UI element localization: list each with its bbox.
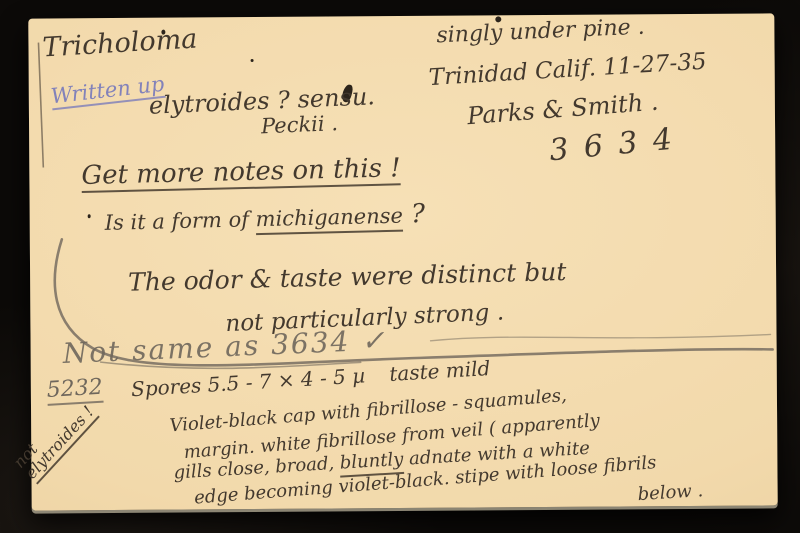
form-question-text: Is it a form of	[104, 207, 255, 235]
crossed-out-note: Not same as 3634 ✓	[62, 326, 387, 368]
ink-speck	[251, 59, 254, 62]
form-question-species: michiganense	[255, 204, 403, 236]
odor-taste-line1: The odor & taste were distinct but	[128, 259, 567, 295]
herbarium-note-card: Tricholoma Written up elytroides ? sensu…	[28, 13, 777, 510]
form-question-line: Is it a form of michiganense ?	[104, 201, 425, 235]
taste-text: taste mild	[389, 356, 491, 386]
form-question-mark: ?	[402, 199, 425, 230]
collection-number: 3 6 3 4	[548, 125, 676, 167]
genus-name: Tricholoma	[42, 25, 198, 61]
diagonal-margin-note: not elytroides !	[11, 393, 100, 485]
photo-background: Tricholoma Written up elytroides ? sensu…	[0, 0, 800, 533]
location-date: Trinidad Calif. 11-27-35	[428, 51, 707, 90]
species-author: Peckii .	[261, 113, 339, 137]
spores-text: Spores 5.5 - 7 × 4 - 5 µ	[130, 363, 365, 401]
description-line5: below .	[637, 482, 704, 504]
collectors: Parks & Smith .	[466, 90, 659, 129]
species-line: elytroides ? sensu.	[148, 84, 375, 117]
habitat-note: singly under pine .	[436, 17, 645, 48]
get-more-notes-line: Get more notes on this !	[81, 155, 401, 193]
faint-wavy-line	[431, 334, 771, 340]
ink-speck	[88, 214, 91, 218]
